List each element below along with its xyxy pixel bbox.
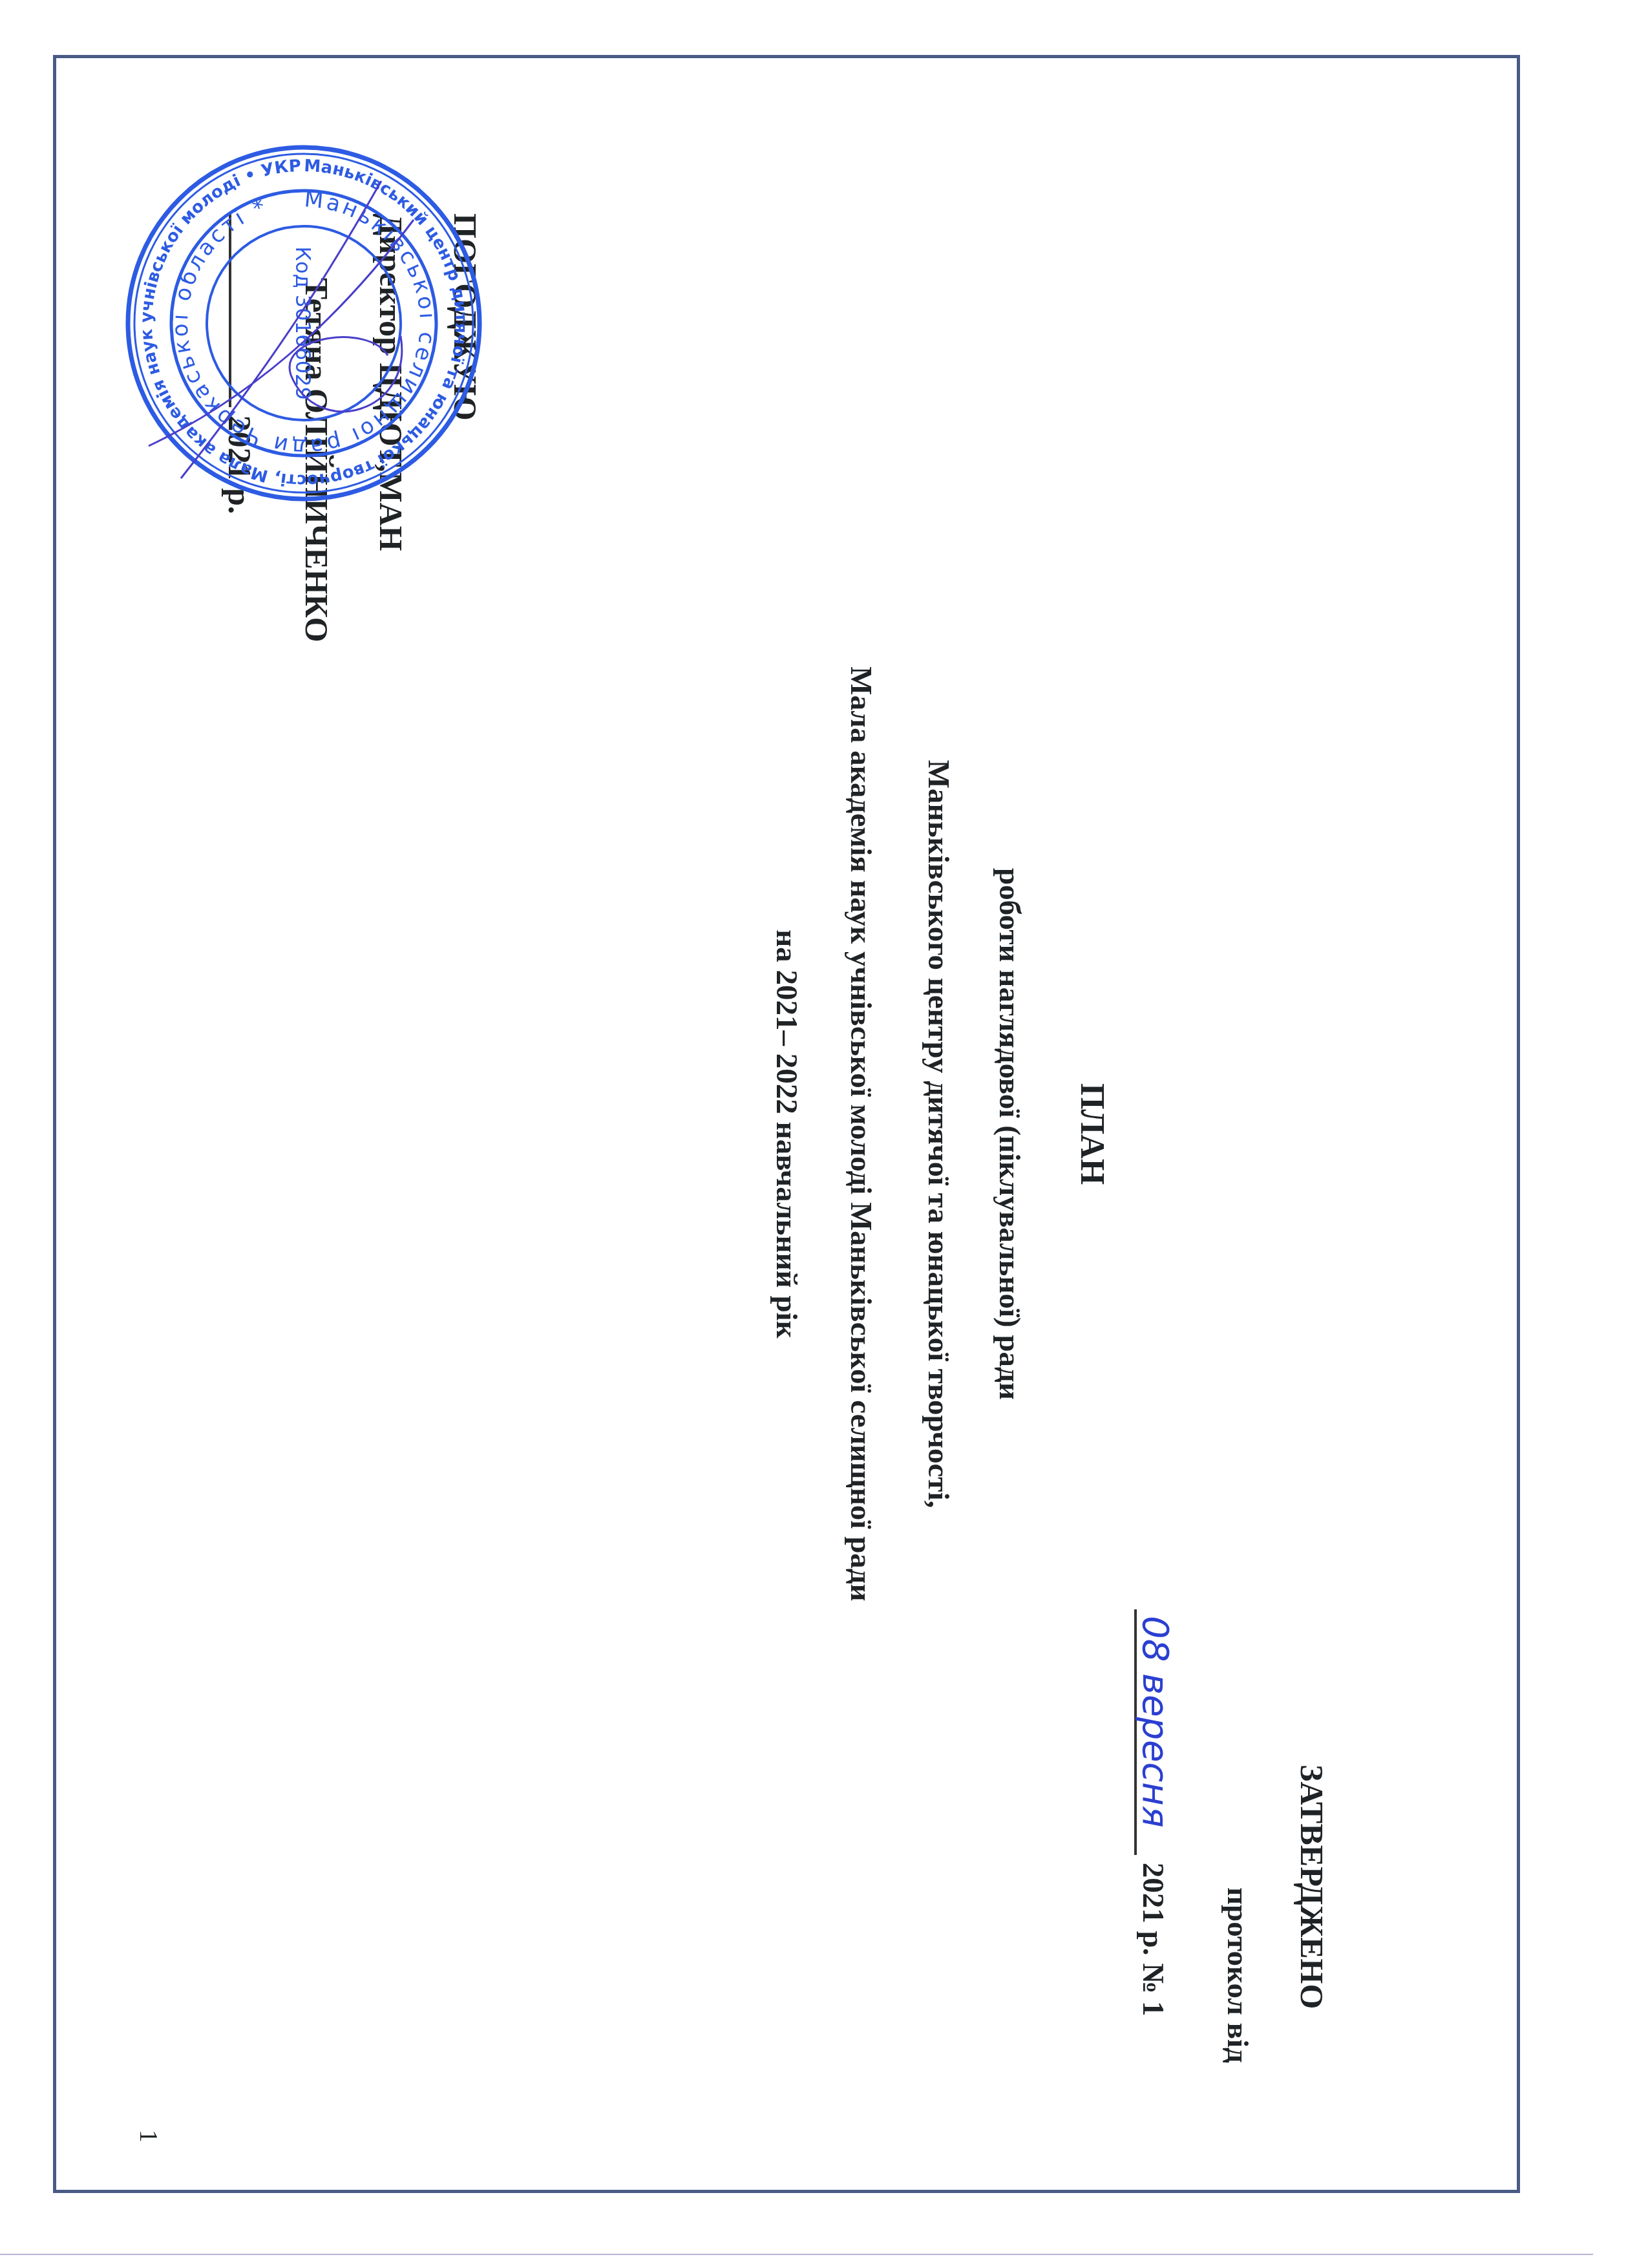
approved-heading: ЗАТВЕРДЖЕНО (1296, 1765, 1328, 2009)
title-line-4: на 2021– 2022 навчальний рік (771, 0, 801, 2268)
protocol-label: протокол від (1222, 1887, 1252, 2063)
handwritten-date: 08 вересня (1134, 1609, 1173, 1855)
approved-date-suffix: 2021 р. № 1 (1136, 1863, 1170, 2017)
title-line-3: Мала академія наук учнівської молоді Ман… (845, 0, 876, 2268)
page-number: 1 (136, 2130, 162, 2143)
approved-date-line: 08 вересня 2021 р. № 1 (1134, 1609, 1173, 2017)
title-line-2: Маньківського центру дитячої та юнацької… (923, 0, 953, 2268)
plan-title: ПЛАН (1075, 0, 1108, 2268)
title-line-1: роботи наглядової (піклувальної) ради (994, 0, 1024, 2268)
rotated-document-page: ЗАТВЕРДЖЕНО протокол від 08 вересня 2021… (0, 0, 1648, 2268)
official-stamp-icon: Маньківський центр дитячої та юнацької т… (123, 142, 485, 504)
